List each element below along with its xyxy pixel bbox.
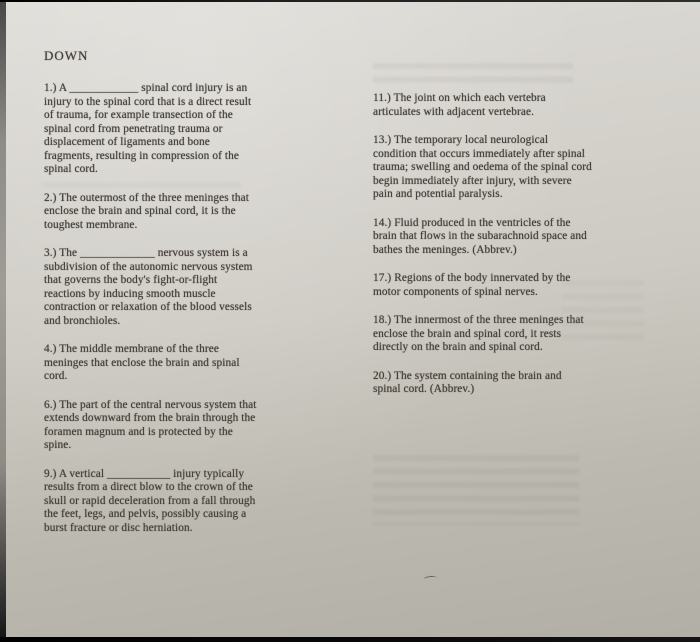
pen-mark: [424, 575, 437, 581]
clue-2: 2.) The outermost of the three meninges …: [44, 192, 258, 233]
clue-9: 9.) A vertical ___________ injury typica…: [44, 468, 258, 536]
photo-edge-left: [0, 0, 6, 642]
clue-17: 17.) Regions of the body innervated by t…: [373, 272, 592, 299]
photo-edge-bottom: [0, 637, 700, 642]
clue-18: 18.) The innermost of the three meninges…: [373, 314, 592, 355]
document-photo: DOWN 1.) A ____________ spinal cord inju…: [0, 0, 700, 642]
clue-3: 3.) The _____________ nervous system is …: [44, 247, 258, 328]
bleed-through-text: [373, 455, 579, 525]
page-title: DOWN: [44, 48, 88, 64]
clue-20: 20.) The system containing the brain and…: [373, 370, 592, 397]
clue-1: 1.) A ____________ spinal cord injury is…: [44, 82, 258, 177]
clue-11: 11.) The joint on which each vertebra ar…: [373, 92, 592, 119]
photo-edge-top: [0, 0, 700, 2]
clue-list-left: 1.) A ____________ spinal cord injury is…: [44, 82, 258, 550]
paper-sheet: DOWN 1.) A ____________ spinal cord inju…: [6, 2, 700, 637]
clue-4: 4.) The middle membrane of the three men…: [44, 343, 258, 384]
clue-14: 14.) Fluid produced in the ventricles of…: [373, 217, 592, 258]
bleed-through-text: [373, 63, 573, 89]
clue-6: 6.) The part of the central nervous syst…: [44, 399, 258, 453]
clue-list-right: 11.) The joint on which each vertebra ar…: [373, 92, 592, 412]
clue-13: 13.) The temporary local neurological co…: [373, 134, 592, 202]
